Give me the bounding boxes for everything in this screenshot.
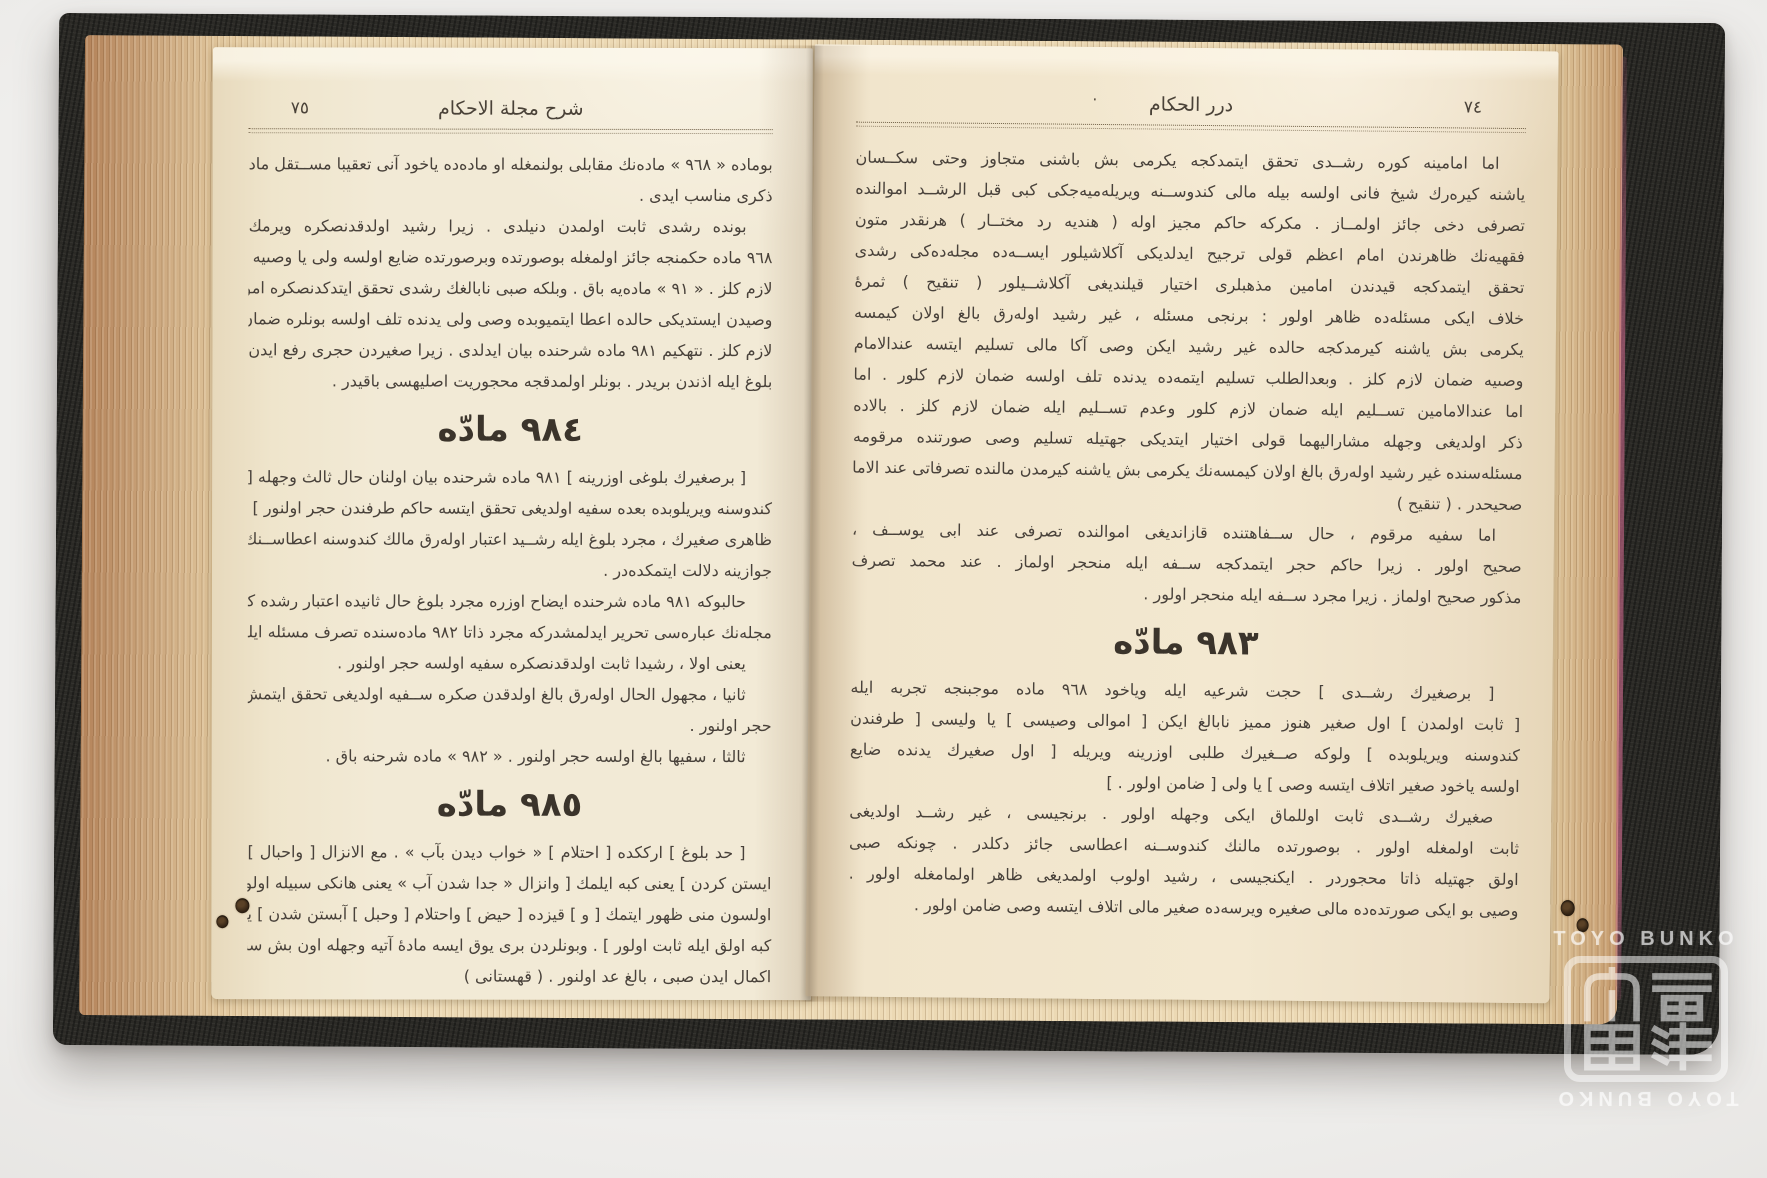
article-heading: ٩٨٥ مادّه: [248, 774, 772, 835]
text-line: بلوغ ايله اذندن بريدر . بونلر اولمدقجه م…: [248, 365, 772, 397]
wormhole: [1561, 900, 1575, 916]
wormhole: [216, 915, 228, 928]
left-page-content: ٧٥ شرح مجلة الاحكام بوماده « ٩٦٨ » مادەن…: [211, 47, 813, 1000]
right-page-header: · درر الحكام ٧٤: [856, 89, 1526, 121]
paragraph: حالبوكه ٩٨١ ماده شرحنده ايضاح اوزره مجرد…: [248, 585, 772, 648]
right-page: · درر الحكام ٧٤ اما امامينه كوره رشــدى …: [806, 44, 1559, 1003]
paragraph: [ حد بلوغ ] ارككده [ احتلام ] « خواب ديد…: [247, 836, 771, 992]
left-page-body: بوماده « ٩٦٨ » مادەنك مقابلى بولنمغله او…: [247, 148, 772, 992]
book-photograph: { "colors":{ "page_paper":"#f2e8d2", "co…: [0, 0, 1767, 1178]
paragraph: اما امامينه كوره رشــدى تحقق ايتمدكجه يك…: [852, 142, 1526, 520]
text-line: بونده رشدى ثابت اولمدن دنيلدى . زيرا رشي…: [249, 210, 773, 242]
text-line: [ برصغيرك بلوغى اوزرينه ] ٩٨١ ماده شرحند…: [248, 461, 772, 493]
text-line: كبه اولق ايله ثابت اولور ] . وبونلردن بر…: [247, 929, 771, 961]
text-line: مذكور صحيح اولماز . زيرا مجرد ســفه ايله…: [851, 576, 1521, 613]
open-book: ٧٥ شرح مجلة الاحكام بوماده « ٩٦٨ » مادەن…: [53, 13, 1725, 1055]
text-line: كندوسنه ويريلوبده بعده سفيه اولديغى تحقق…: [248, 492, 772, 524]
text-line: اكمال ايدن صبى ، بالغ عد اولنور . ( قهست…: [247, 960, 771, 992]
right-page-title: درر الحكام: [856, 89, 1526, 121]
article-heading: ٩٨٣ مادّه: [851, 610, 1522, 676]
text-line: ايستن كردن ] يعنى كبه ايلمك [ وانزال « ج…: [247, 867, 771, 899]
text-line: وصيى بو ايكى صورتدەده مالى صغيره ويرسەده…: [848, 889, 1518, 926]
text-line: [ حد بلوغ ] ارككده [ احتلام ] « خواب ديد…: [247, 836, 771, 868]
text-line: كندوسنه ويريلوبده ] ولوكه صــغيرك طلبى ا…: [850, 734, 1520, 771]
wormhole: [235, 898, 249, 913]
text-line: جوازينه دلالت ايتمكدەدر .: [248, 554, 772, 586]
paragraph: ثانيا ، مجهول الحال اولەرق بالغ اولدقدن …: [248, 678, 772, 741]
paragraph: يعنى اولا ، رشيدا ثابت اولدقدنصكره سفيه …: [248, 647, 772, 679]
text-line: لازم كلز . « ٩١ » مادەيه باق . وبلكه صبى…: [248, 272, 772, 304]
text-line: بوماده « ٩٦٨ » مادەنك مقابلى بولنمغله او…: [249, 148, 773, 180]
article-heading: ٩٨٤ مادّه: [248, 399, 772, 460]
text-line: صحيح اولور . زيرا حاكم حجر ايتمدكجه ســف…: [852, 545, 1522, 582]
text-line: حجر اولنور .: [248, 709, 772, 741]
paragraph: صغيرك رشــدى ثابت اوللماق ايكى وجهله اول…: [848, 796, 1519, 926]
right-page-body: اما امامينه كوره رشــدى تحقق ايتمدكجه يك…: [848, 142, 1525, 926]
header-dot: ·: [1092, 87, 1097, 113]
paragraph: [ برصغيرك بلوغى اوزرينه ] ٩٨١ ماده شرحند…: [248, 461, 772, 586]
paragraph: بوماده « ٩٦٨ » مادەنك مقابلى بولنمغله او…: [249, 148, 773, 211]
watermark-text-bottom: TOYO BUNKO: [1546, 1086, 1746, 1109]
text-line: ٩٦٨ ماده حكمنجه جائز اولمغله بوصورتده وب…: [248, 241, 772, 273]
text-line: وصيدن ايستديكى حالده اعطا ايتميوبده وصى …: [248, 303, 772, 335]
text-line: مسئلەسنده غير رشيد اولەرق بالغ اولان كيم…: [852, 452, 1522, 489]
right-page-number: ٧٤: [1464, 94, 1483, 120]
header-rule: [856, 122, 1526, 133]
left-page: ٧٥ شرح مجلة الاحكام بوماده « ٩٦٨ » مادەن…: [211, 47, 813, 1000]
wormhole: [1577, 918, 1589, 932]
paragraph: [ برصغيرك رشــدى ] حجت شرعيه ايله وياخود…: [849, 672, 1520, 802]
text-line: ذكرى مناسب ايدى .: [249, 179, 773, 211]
paragraph: اما سفيه مرقوم ، حال ســفاهتنده قازانديغ…: [851, 514, 1522, 613]
left-page-header: ٧٥ شرح مجلة الاحكام: [249, 95, 773, 122]
text-line: ثالثا ، سفيها بالغ اولسه حجر اولنور . « …: [248, 740, 772, 772]
header-rule: [249, 128, 773, 134]
text-line: مجلەنك عبارەسى تحرير ايدلمشدركه مجرد ذات…: [248, 616, 772, 648]
text-line: لازم كلز . نتهكيم ٩٨١ ماده شرحنده بيان ا…: [248, 334, 772, 366]
paragraph: بونده رشدى ثابت اولمدن دنيلدى . زيرا رشي…: [248, 210, 772, 397]
right-page-content: · درر الحكام ٧٤ اما امامينه كوره رشــدى …: [806, 44, 1559, 1003]
text-line: حالبوكه ٩٨١ ماده شرحنده ايضاح اوزره مجرد…: [248, 585, 772, 617]
left-page-number: ٧٥: [291, 95, 309, 121]
text-line: ظاهرى صغيرك ، مجرد بلوغ ايله رشــيد اعتب…: [248, 523, 772, 555]
left-page-title: شرح مجلة الاحكام: [249, 95, 773, 122]
text-line: اولسون منى ظهور ايتمك [ و ] قيزده [ حيض …: [247, 898, 771, 930]
paragraph: ثالثا ، سفيها بالغ اولسه حجر اولنور . « …: [248, 740, 772, 772]
text-line: ثانيا ، مجهول الحال اولەرق بالغ اولدقدن …: [248, 678, 772, 710]
text-line: يعنى اولا ، رشيدا ثابت اولدقدنصكره سفيه …: [248, 647, 772, 679]
